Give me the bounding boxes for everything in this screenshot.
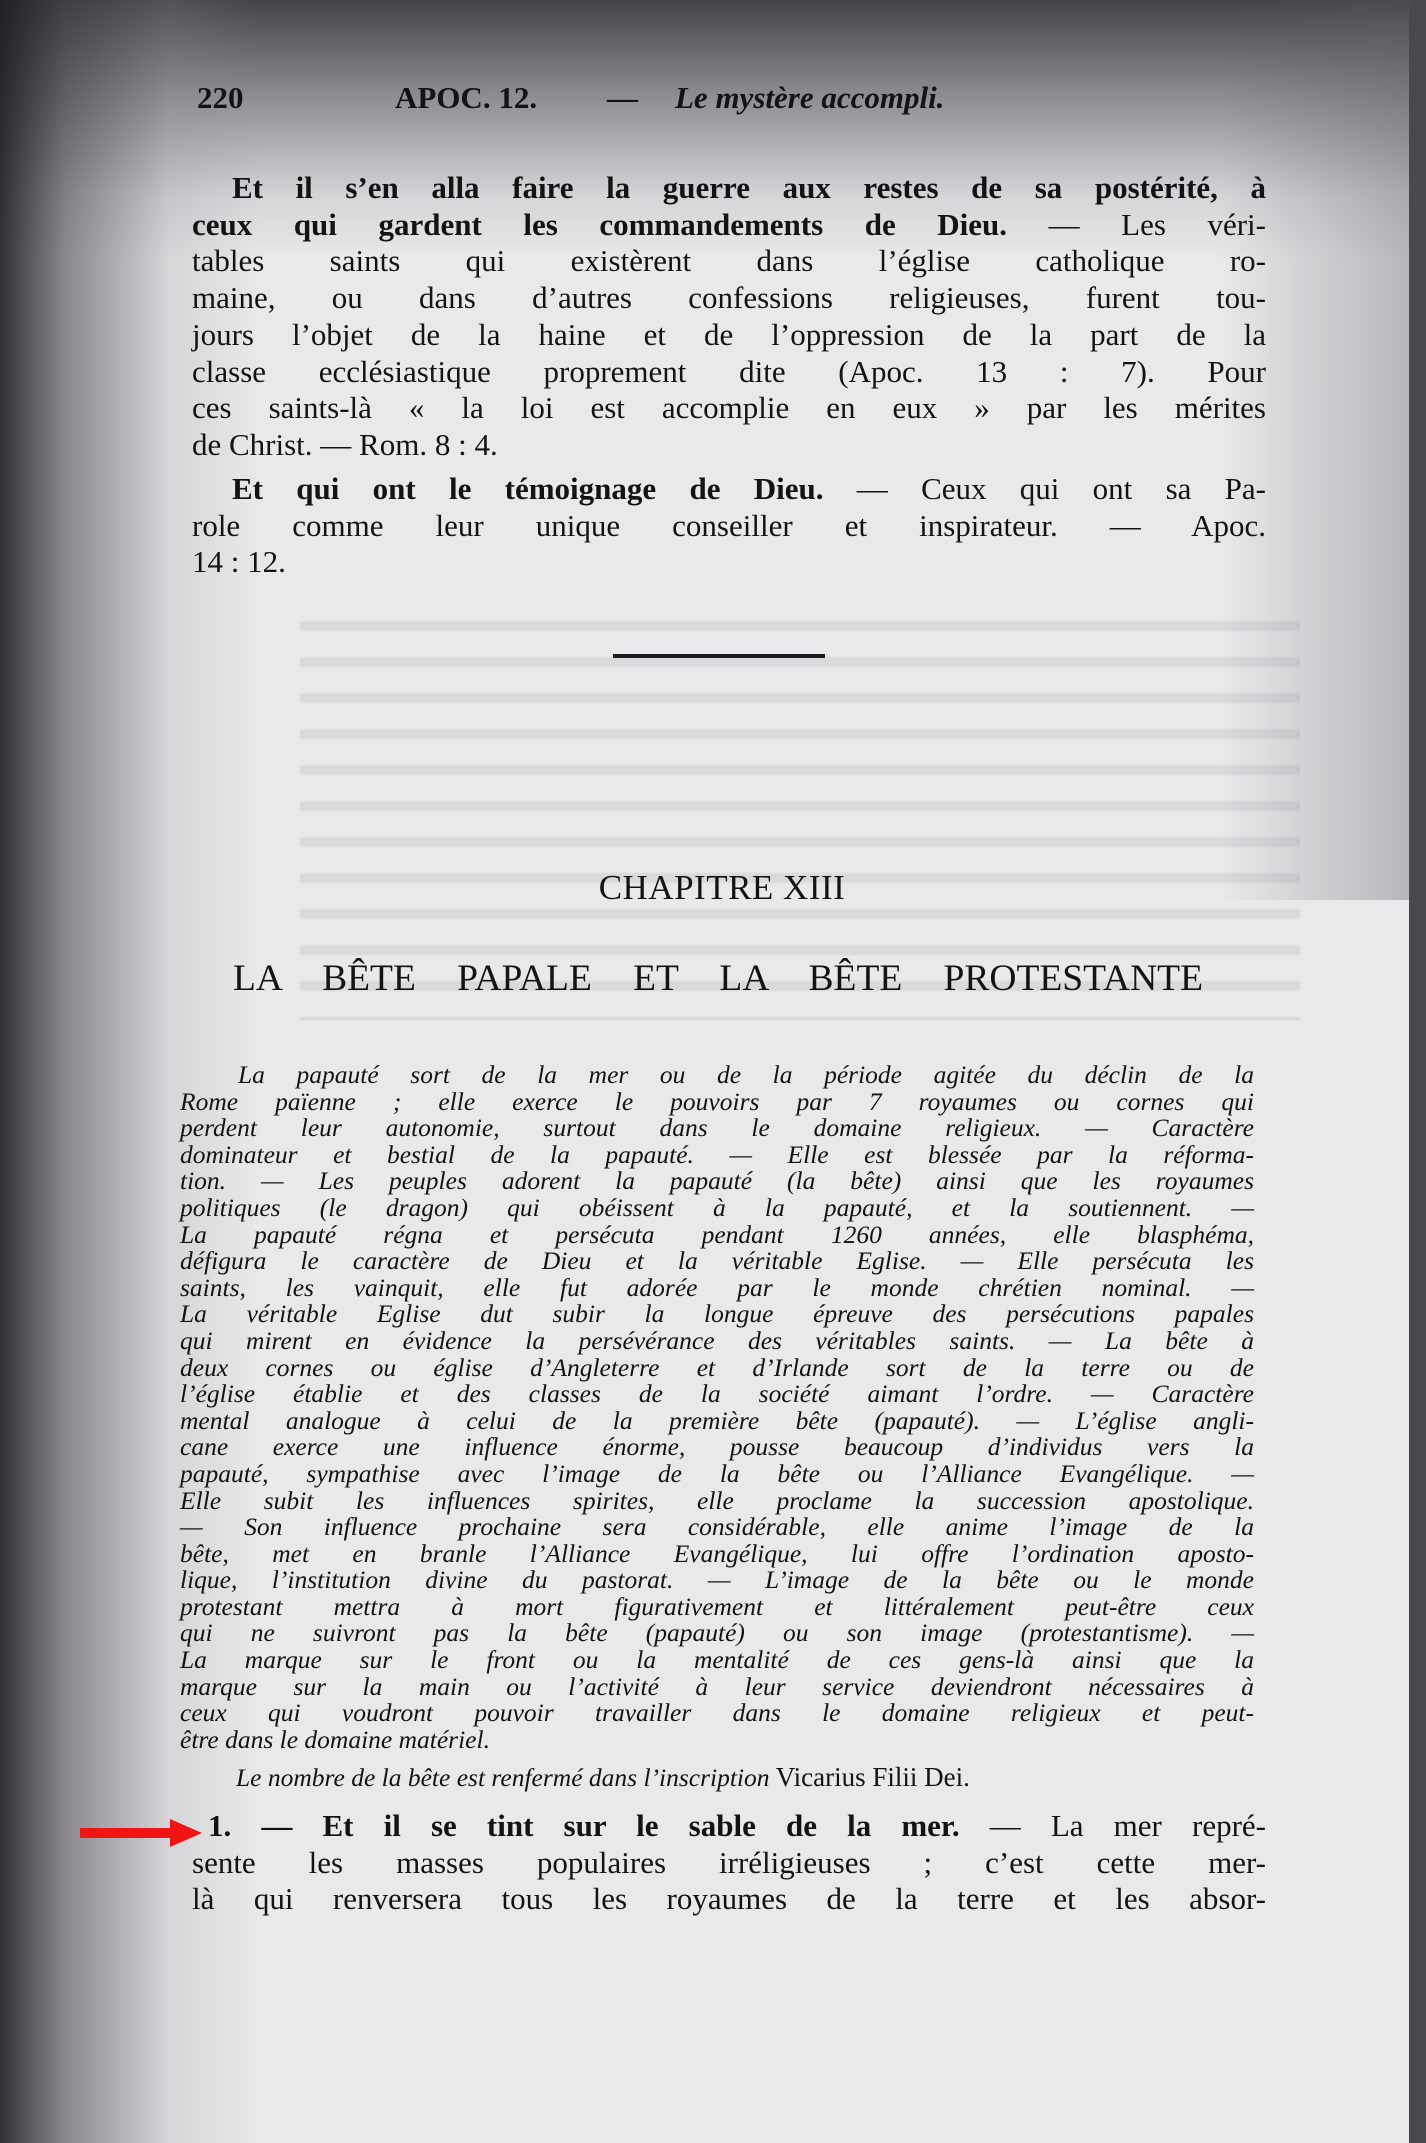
number-of-beast-italic: Le nombre de la bête est renfermé dans l…	[236, 1763, 770, 1792]
red-arrow-icon	[80, 1819, 202, 1847]
summary-line: tion. — Les peuples adorent la papauté (…	[180, 1168, 1254, 1195]
summary-line: perdent leur autonomie, surtout dans le …	[180, 1115, 1254, 1142]
text-line: ces saints-là « la loi est accomplie en …	[192, 390, 1266, 427]
summary-line: La véritable Eglise dut subir la longue …	[180, 1301, 1254, 1328]
text-line: Et qui ont le témoignage de Dieu. — Ceux…	[192, 471, 1266, 508]
text-line: 1. — Et il se tint sur le sable de la me…	[192, 1808, 1266, 1845]
paragraph-1: Et il s’en alla faire la guerre aux rest…	[192, 170, 1266, 464]
running-head: 220 APOC. 12. — Le mystère accompli.	[197, 76, 1197, 120]
chapter-title: LA BÊTE PAPALE ET LA BÊTE PROTESTANTE	[233, 957, 1203, 1000]
summary-line: ceux qui voudront pouvoir travailler dan…	[180, 1700, 1254, 1727]
text-line: sente les masses populaires irréligieuse…	[192, 1845, 1266, 1882]
text-line: maine, ou dans d’autres confessions reli…	[192, 280, 1266, 317]
summary-line: défigura le caractère de Dieu et la véri…	[180, 1248, 1254, 1275]
vicarius-filii-dei: Vicarius Filii Dei.	[770, 1762, 970, 1792]
text-line: de Christ. — Rom. 8 : 4.	[192, 427, 1266, 464]
number-of-the-beast-line: Le nombre de la bête est renfermé dans l…	[236, 1762, 1256, 1793]
summary-line: deux cornes ou église d’Angleterre et d’…	[180, 1355, 1254, 1382]
summary-line: Rome païenne ; elle exerce le pouvoirs p…	[180, 1089, 1254, 1116]
verse-1: 1. — Et il se tint sur le sable de la me…	[192, 1808, 1266, 1918]
summary-line: — Son influence prochaine sera considéra…	[180, 1514, 1254, 1541]
chapter-number: CHAPITRE XIII	[0, 868, 1426, 908]
paragraph-2: Et qui ont le témoignage de Dieu. — Ceux…	[192, 471, 1266, 581]
summary-line: Elle subit les influences spirites, elle…	[180, 1488, 1254, 1515]
text-line: role comme leur unique conseiller et ins…	[192, 508, 1266, 545]
summary-line: protestant mettra à mort figurativement …	[180, 1594, 1254, 1621]
text-line: tables saints qui existèrent dans l’égli…	[192, 243, 1266, 280]
summary-line: La papauté régna et persécuta pendant 12…	[180, 1222, 1254, 1249]
summary-line: dominateur et bestial de la papauté. — E…	[180, 1142, 1254, 1169]
text-line: ceux qui gardent les commandements de Di…	[192, 207, 1266, 244]
summary-line: qui mirent en évidence la persévérance d…	[180, 1328, 1254, 1355]
summary-line: mental analogue à celui de la première b…	[180, 1408, 1254, 1435]
summary-line: être dans le domaine matériel.	[180, 1727, 1254, 1754]
summary-line: La marque sur le front ou la mentalité d…	[180, 1647, 1254, 1674]
page-number: 220	[197, 76, 244, 120]
running-head-book: APOC. 12.	[395, 76, 537, 120]
summary-line: bête, met en branle l’Alliance Evangéliq…	[180, 1541, 1254, 1568]
summary-line: l’église établie et des classes de la so…	[180, 1381, 1254, 1408]
running-head-dash: —	[607, 76, 638, 120]
section-separator	[613, 654, 825, 658]
scan-edge-strip	[1409, 0, 1426, 2143]
summary-line: lique, l’institution divine du pastorat.…	[180, 1567, 1254, 1594]
summary-line: qui ne suivront pas la bête (papauté) ou…	[180, 1620, 1254, 1647]
text-line: 14 : 12.	[192, 544, 1266, 581]
summary-line: La papauté sort de la mer ou de la pério…	[180, 1062, 1254, 1089]
text-line: jours l’objet de la haine et de l’oppres…	[192, 317, 1266, 354]
text-line: classe ecclésiastique proprement dite (A…	[192, 354, 1266, 391]
running-head-title: Le mystère accompli.	[675, 76, 944, 120]
text-line: Et il s’en alla faire la guerre aux rest…	[192, 170, 1266, 207]
summary-line: politiques (le dragon) qui obéissent à l…	[180, 1195, 1254, 1222]
summary-line: papauté, sympathise avec l’image de la b…	[180, 1461, 1254, 1488]
chapter-summary: La papauté sort de la mer ou de la pério…	[180, 1062, 1254, 1753]
summary-line: marque sur la main ou l’activité à leur …	[180, 1674, 1254, 1701]
summary-line: cane exerce une influence énorme, pousse…	[180, 1434, 1254, 1461]
text-line: là qui renversera tous les royaumes de l…	[192, 1881, 1266, 1918]
summary-line: saints, les vainquit, elle fut adorée pa…	[180, 1275, 1254, 1302]
